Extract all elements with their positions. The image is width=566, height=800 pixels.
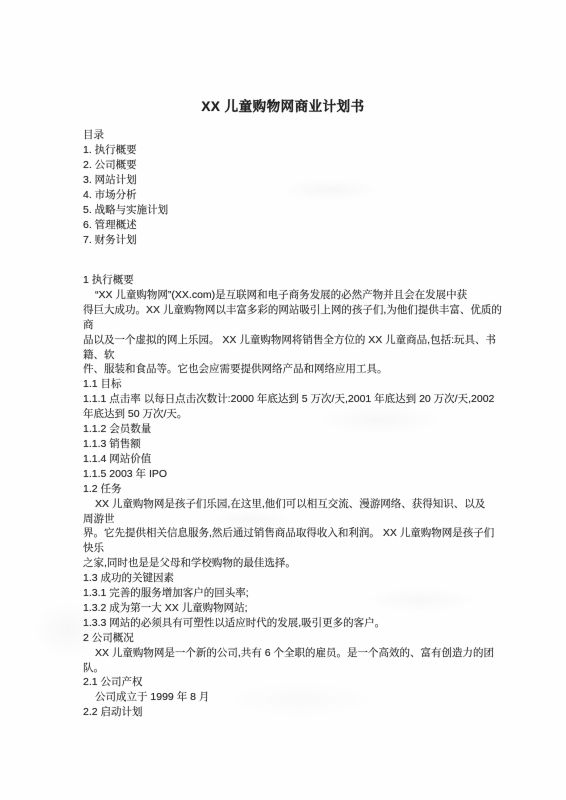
text-line: “XX 儿童购物网”(XX.com)是互联网和电子商务发展的必然产物并且会在发展… xyxy=(83,288,528,303)
table-of-contents: 目录 1. 执行概要2. 公司概要3. 网站计划4. 市场分析5. 战略与实施计… xyxy=(83,128,168,248)
text-line: 1.1.3 销售额 xyxy=(83,437,528,452)
document-page: XX 儿童购物网商业计划书 目录 1. 执行概要2. 公司概要3. 网站计划4.… xyxy=(0,0,566,800)
text-line: 队。 xyxy=(83,661,528,676)
text-line: 周游世 xyxy=(83,512,528,527)
toc-item: 7. 财务计划 xyxy=(83,233,168,248)
text-line: 1.3.1 完善的服务增加客户的回头率; xyxy=(83,586,528,601)
toc-item: 3. 网站计划 xyxy=(83,173,168,188)
text-line: 1.1.1 点击率 以每日点击次数计:2000 年底达到 5 万次/天,2001… xyxy=(83,392,528,407)
text-line: 公司成立于 1999 年 8 月 xyxy=(83,690,528,705)
toc-item: 6. 管理概述 xyxy=(83,218,168,233)
text-line: 2.1 公司产权 xyxy=(83,675,528,690)
document-body: 1 执行概要“XX 儿童购物网”(XX.com)是互联网和电子商务发展的必然产物… xyxy=(83,273,528,720)
text-line: 1.2 任务 xyxy=(83,482,528,497)
text-line: 2.2 启动计划 xyxy=(83,705,528,720)
text-line: 商 xyxy=(83,318,528,333)
text-line: 1.3.3 网站的必须具有可塑性以适应时代的发展,吸引更多的客户。 xyxy=(83,616,528,631)
text-line: 之家,同时也是是父母和学校购物的最佳选择。 xyxy=(83,556,528,571)
text-line: 年底达到 50 万次/天。 xyxy=(83,407,528,422)
toc-item: 1. 执行概要 xyxy=(83,143,168,158)
text-line: XX 儿童购物网是一个新的公司,共有 6 个全职的雇员。是一个高效的、富有创造力… xyxy=(83,646,528,661)
text-line: 1.1.2 会员数量 xyxy=(83,422,528,437)
toc-items: 1. 执行概要2. 公司概要3. 网站计划4. 市场分析5. 战略与实施计划6.… xyxy=(83,143,168,248)
text-line: 2 公司概况 xyxy=(83,631,528,646)
text-line: 品以及一个虚拟的网上乐园。 XX 儿童购物网将销售全方位的 XX 儿童商品,包括… xyxy=(83,333,528,348)
toc-item: 4. 市场分析 xyxy=(83,188,168,203)
text-line: 界。它先提供相关信息服务,然后通过销售商品取得收入和利润。 XX 儿童购物网是孩… xyxy=(83,526,528,541)
toc-item: 5. 战略与实施计划 xyxy=(83,203,168,218)
document-title: XX 儿童购物网商业计划书 xyxy=(0,95,566,115)
text-line: 1.1.5 2003 年 IPO xyxy=(83,467,528,482)
text-line: 1.3 成功的关键因素 xyxy=(83,571,528,586)
toc-item: 2. 公司概要 xyxy=(83,158,168,173)
text-line: 1.1.4 网站价值 xyxy=(83,452,528,467)
text-line: XX 儿童购物网是孩子们乐园,在这里,他们可以相互交流、漫游网络、获得知识、以及 xyxy=(83,497,528,512)
text-line: 1.3.2 成为第一大 XX 儿童购物网站; xyxy=(83,601,528,616)
text-line: 1 执行概要 xyxy=(83,273,528,288)
text-line: 快乐 xyxy=(83,541,528,556)
text-line: 得巨大成功。XX 儿童购物网以丰富多彩的网站吸引上网的孩子们,为他们提供丰富、优… xyxy=(83,303,528,318)
text-line: 籍、软 xyxy=(83,348,528,363)
text-line: 1.1 目标 xyxy=(83,377,528,392)
toc-heading: 目录 xyxy=(83,128,168,143)
text-line: 件、服装和食品等。它也会应需要提供网络产品和网络应用工具。 xyxy=(83,362,528,377)
